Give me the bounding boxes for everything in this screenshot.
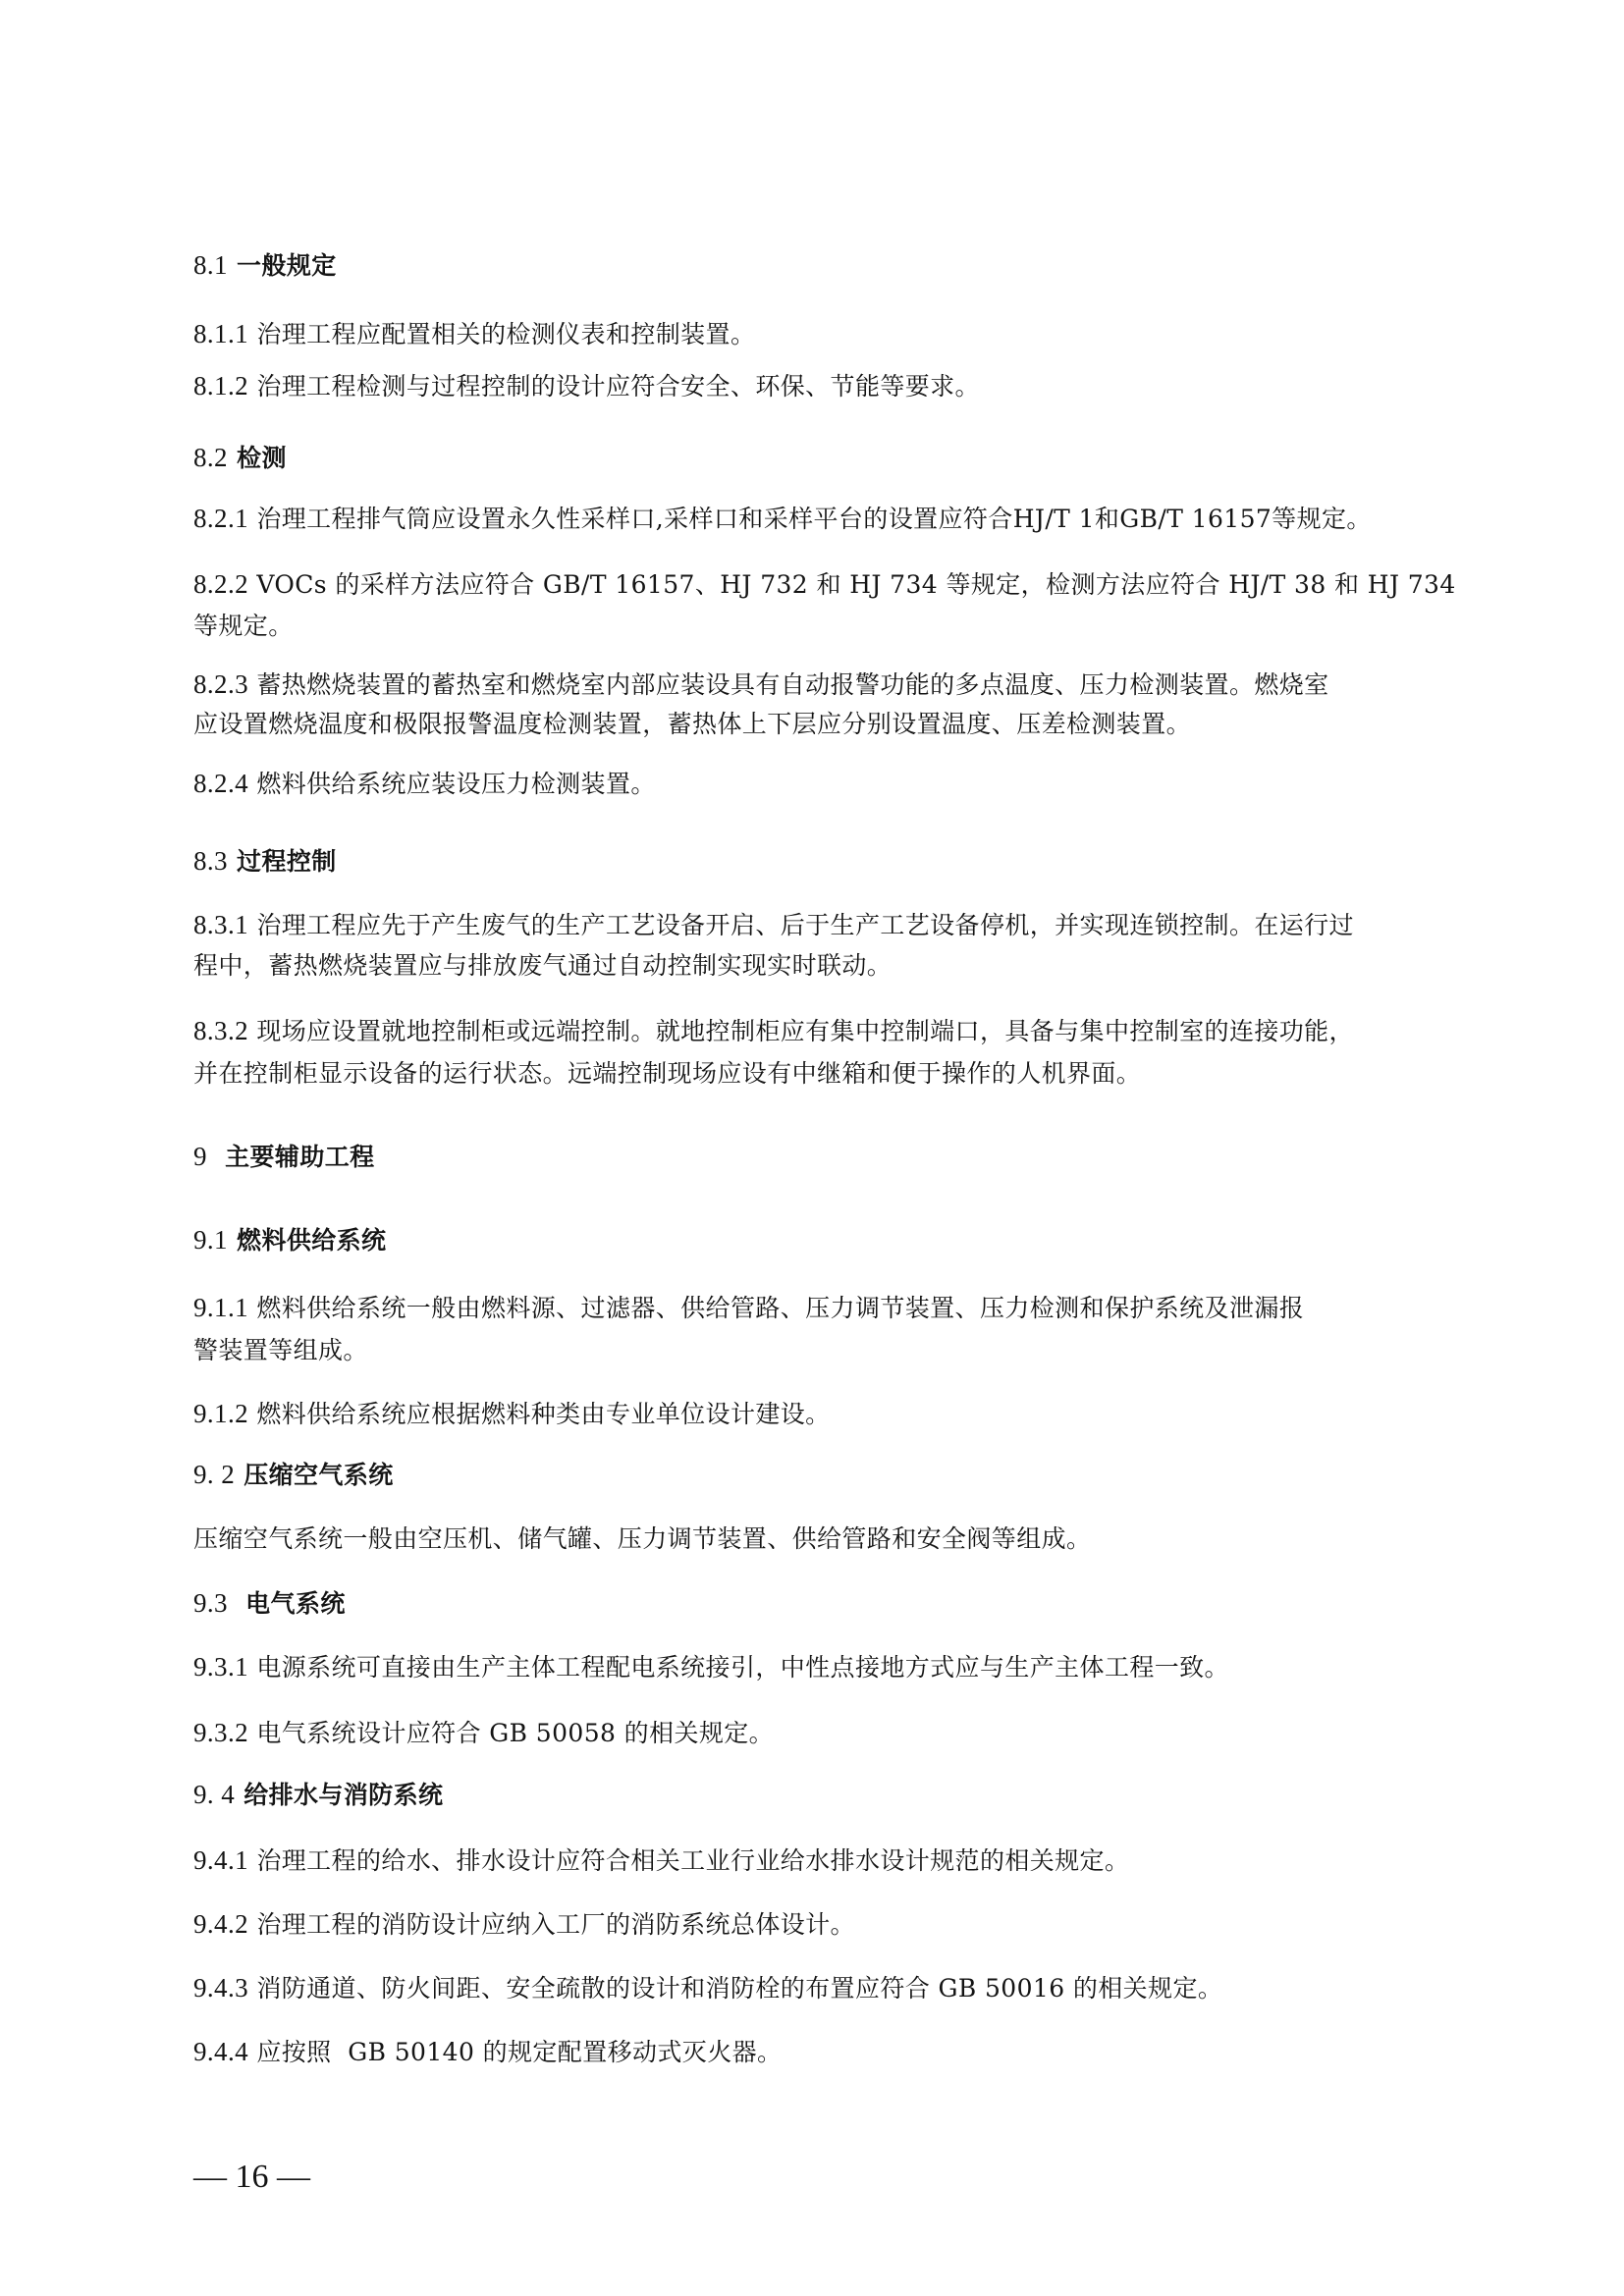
clause-text: 应按照 GB 50140 的规定配置移动式灭火器。 [248, 2038, 782, 2066]
paragraph-line: 警装置等组成。 [193, 1330, 368, 1369]
paragraph-line: 8.2.4 燃料供给系统应装设压力检测装置。 [193, 764, 656, 803]
clause-text: 治理工程的给水、排水设计应符合相关工业行业给水排水设计规范的相关规定。 [248, 1846, 1129, 1875]
paragraph-line: 8.2.1 治理工程排气筒应设置永久性采样口,采样口和采样平台的设置应符合HJ/… [193, 499, 1372, 538]
clause-number: 9.1.1 [193, 1293, 248, 1322]
heading-text: 检测 [228, 444, 287, 472]
heading-text: 燃料供给系统 [228, 1226, 387, 1255]
paragraph-line: 9.4.4 应按照 GB 50140 的规定配置移动式灭火器。 [193, 2032, 782, 2071]
clause-number: 8.3.1 [193, 910, 248, 939]
paragraph-line: 9.3.2 电气系统设计应符合 GB 50058 的相关规定。 [193, 1713, 774, 1752]
heading-text: 给排水与消防系统 [235, 1781, 443, 1809]
clause-number: 9.3.2 [193, 1718, 248, 1747]
clause-text: 治理工程排气筒应设置永久性采样口,采样口和采样平台的设置应符合HJ/T 1和GB… [248, 505, 1372, 533]
clause-number: 9 [193, 1142, 207, 1171]
clause-number: 8.3.2 [193, 1016, 248, 1045]
clause-number: 8.1 [193, 250, 228, 280]
clause-text: 现场应设置就地控制柜或远端控制。就地控制柜应有集中控制端口，具备与集中控制室的连… [248, 1017, 1354, 1045]
clause-text: 应设置燃烧温度和极限报警温度检测装置，蓄热体上下层应分别设置温度、压差检测装置。 [193, 710, 1191, 738]
clause-text: 燃料供给系统应装设压力检测装置。 [248, 770, 656, 798]
clause-text: 程中，蓄热燃烧装置应与排放废气通过自动控制实现实时联动。 [193, 951, 892, 980]
clause-number: 8.2.2 [193, 569, 248, 599]
clause-number: 9.4.2 [193, 1909, 248, 1939]
clause-text: 治理工程检测与过程控制的设计应符合安全、环保、节能等要求。 [248, 372, 980, 400]
clause-text: 治理工程应先于产生废气的生产工艺设备开启、后于生产工艺设备停机，并实现连锁控制。… [248, 911, 1354, 939]
paragraph-line: 9.1.1 燃料供给系统一般由燃料源、过滤器、供给管路、压力调节装置、压力检测和… [193, 1288, 1304, 1327]
section-heading: 9 主要辅助工程 [193, 1137, 375, 1176]
clause-number: 8.2.3 [193, 669, 248, 699]
clause-text: 治理工程的消防设计应纳入工厂的消防系统总体设计。 [248, 1910, 855, 1939]
paragraph-line: 8.1.1 治理工程应配置相关的检测仪表和控制装置。 [193, 314, 755, 353]
clause-number: 9.1 [193, 1225, 228, 1255]
section-heading: 8.2 检测 [193, 438, 287, 477]
paragraph-line: 等规定。 [193, 606, 294, 645]
paragraph-line: 压缩空气系统一般由空压机、储气罐、压力调节装置、供给管路和安全阀等组成。 [193, 1519, 1091, 1558]
paragraph-line: 8.1.2 治理工程检测与过程控制的设计应符合安全、环保、节能等要求。 [193, 366, 980, 405]
clause-number: 8.1.2 [193, 371, 248, 400]
paragraph-line: 9.4.2 治理工程的消防设计应纳入工厂的消防系统总体设计。 [193, 1904, 855, 1944]
clause-number: 9.4.1 [193, 1845, 248, 1875]
clause-number: 8.2.4 [193, 769, 248, 798]
section-heading: 9. 4 给排水与消防系统 [193, 1775, 443, 1814]
paragraph-line: 应设置燃烧温度和极限报警温度检测装置，蓄热体上下层应分别设置温度、压差检测装置。 [193, 704, 1191, 743]
clause-number: 9.4.4 [193, 2037, 248, 2066]
clause-text: 燃料供给系统应根据燃料种类由专业单位设计建设。 [248, 1400, 831, 1428]
clause-number: 8.3 [193, 846, 228, 876]
clause-text: 警装置等组成。 [193, 1336, 368, 1364]
heading-text: 压缩空气系统 [235, 1461, 394, 1489]
section-heading: 8.3 过程控制 [193, 841, 337, 881]
clause-text: 电气系统设计应符合 GB 50058 的相关规定。 [248, 1719, 774, 1747]
paragraph-line: 并在控制柜显示设备的运行状态。远端控制现场应设有中继箱和便于操作的人机界面。 [193, 1053, 1141, 1093]
paragraph-line: 8.3.2 现场应设置就地控制柜或远端控制。就地控制柜应有集中控制端口，具备与集… [193, 1011, 1354, 1050]
section-heading: 9.3 电气系统 [193, 1583, 346, 1623]
heading-text: 过程控制 [228, 847, 337, 876]
clause-text: 治理工程应配置相关的检测仪表和控制装置。 [248, 320, 755, 348]
clause-text: 消防通道、防火间距、安全疏散的设计和消防栓的布置应符合 GB 50016 的相关… [248, 1974, 1222, 2002]
clause-number: 9.3.1 [193, 1652, 248, 1682]
clause-number: 9.4.3 [193, 1973, 248, 2002]
paragraph-line: 8.3.1 治理工程应先于产生废气的生产工艺设备开启、后于生产工艺设备停机，并实… [193, 905, 1354, 944]
page-number: — 16 — [193, 2156, 310, 2199]
heading-text: 电气系统 [228, 1589, 346, 1618]
clause-number: 8.2 [193, 443, 228, 472]
heading-text: 一般规定 [228, 251, 337, 280]
section-heading: 8.1 一般规定 [193, 245, 337, 285]
clause-text: 燃料供给系统一般由燃料源、过滤器、供给管路、压力调节装置、压力检测和保护系统及泄… [248, 1294, 1304, 1322]
paragraph-line: 9.1.2 燃料供给系统应根据燃料种类由专业单位设计建设。 [193, 1394, 831, 1433]
section-heading: 9. 2 压缩空气系统 [193, 1455, 394, 1494]
paragraph-line: 8.2.3 蓄热燃烧装置的蓄热室和燃烧室内部应装设具有自动报警功能的多点温度、压… [193, 665, 1329, 704]
paragraph-line: 9.4.3 消防通道、防火间距、安全疏散的设计和消防栓的布置应符合 GB 500… [193, 1968, 1222, 2007]
clause-number: 8.1.1 [193, 319, 248, 348]
paragraph-line: 9.3.1 电源系统可直接由生产主体工程配电系统接引，中性点接地方式应与生产主体… [193, 1647, 1229, 1686]
heading-text: 主要辅助工程 [207, 1143, 375, 1171]
clause-text: 电源系统可直接由生产主体工程配电系统接引，中性点接地方式应与生产主体工程一致。 [248, 1653, 1229, 1682]
clause-number: 9. 4 [193, 1780, 235, 1809]
clause-text: 蓄热燃烧装置的蓄热室和燃烧室内部应装设具有自动报警功能的多点温度、压力检测装置。… [248, 670, 1329, 699]
section-heading: 9.1 燃料供给系统 [193, 1220, 386, 1259]
paragraph-line: 9.4.1 治理工程的给水、排水设计应符合相关工业行业给水排水设计规范的相关规定… [193, 1841, 1129, 1880]
paragraph-line: 程中，蓄热燃烧装置应与排放废气通过自动控制实现实时联动。 [193, 945, 892, 985]
paragraph-line: 8.2.2 VOCs 的采样方法应符合 GB/T 16157、HJ 732 和 … [193, 564, 1456, 604]
clause-number: 9.3 [193, 1588, 228, 1618]
clause-number: 9.1.2 [193, 1399, 248, 1428]
clause-number: 9. 2 [193, 1460, 235, 1489]
clause-text: VOCs 的采样方法应符合 GB/T 16157、HJ 732 和 HJ 734… [248, 570, 1456, 599]
clause-text: 压缩空气系统一般由空压机、储气罐、压力调节装置、供给管路和安全阀等组成。 [193, 1524, 1091, 1553]
clause-number: 8.2.1 [193, 504, 248, 533]
clause-text: 并在控制柜显示设备的运行状态。远端控制现场应设有中继箱和便于操作的人机界面。 [193, 1059, 1141, 1088]
clause-text: 等规定。 [193, 612, 294, 640]
